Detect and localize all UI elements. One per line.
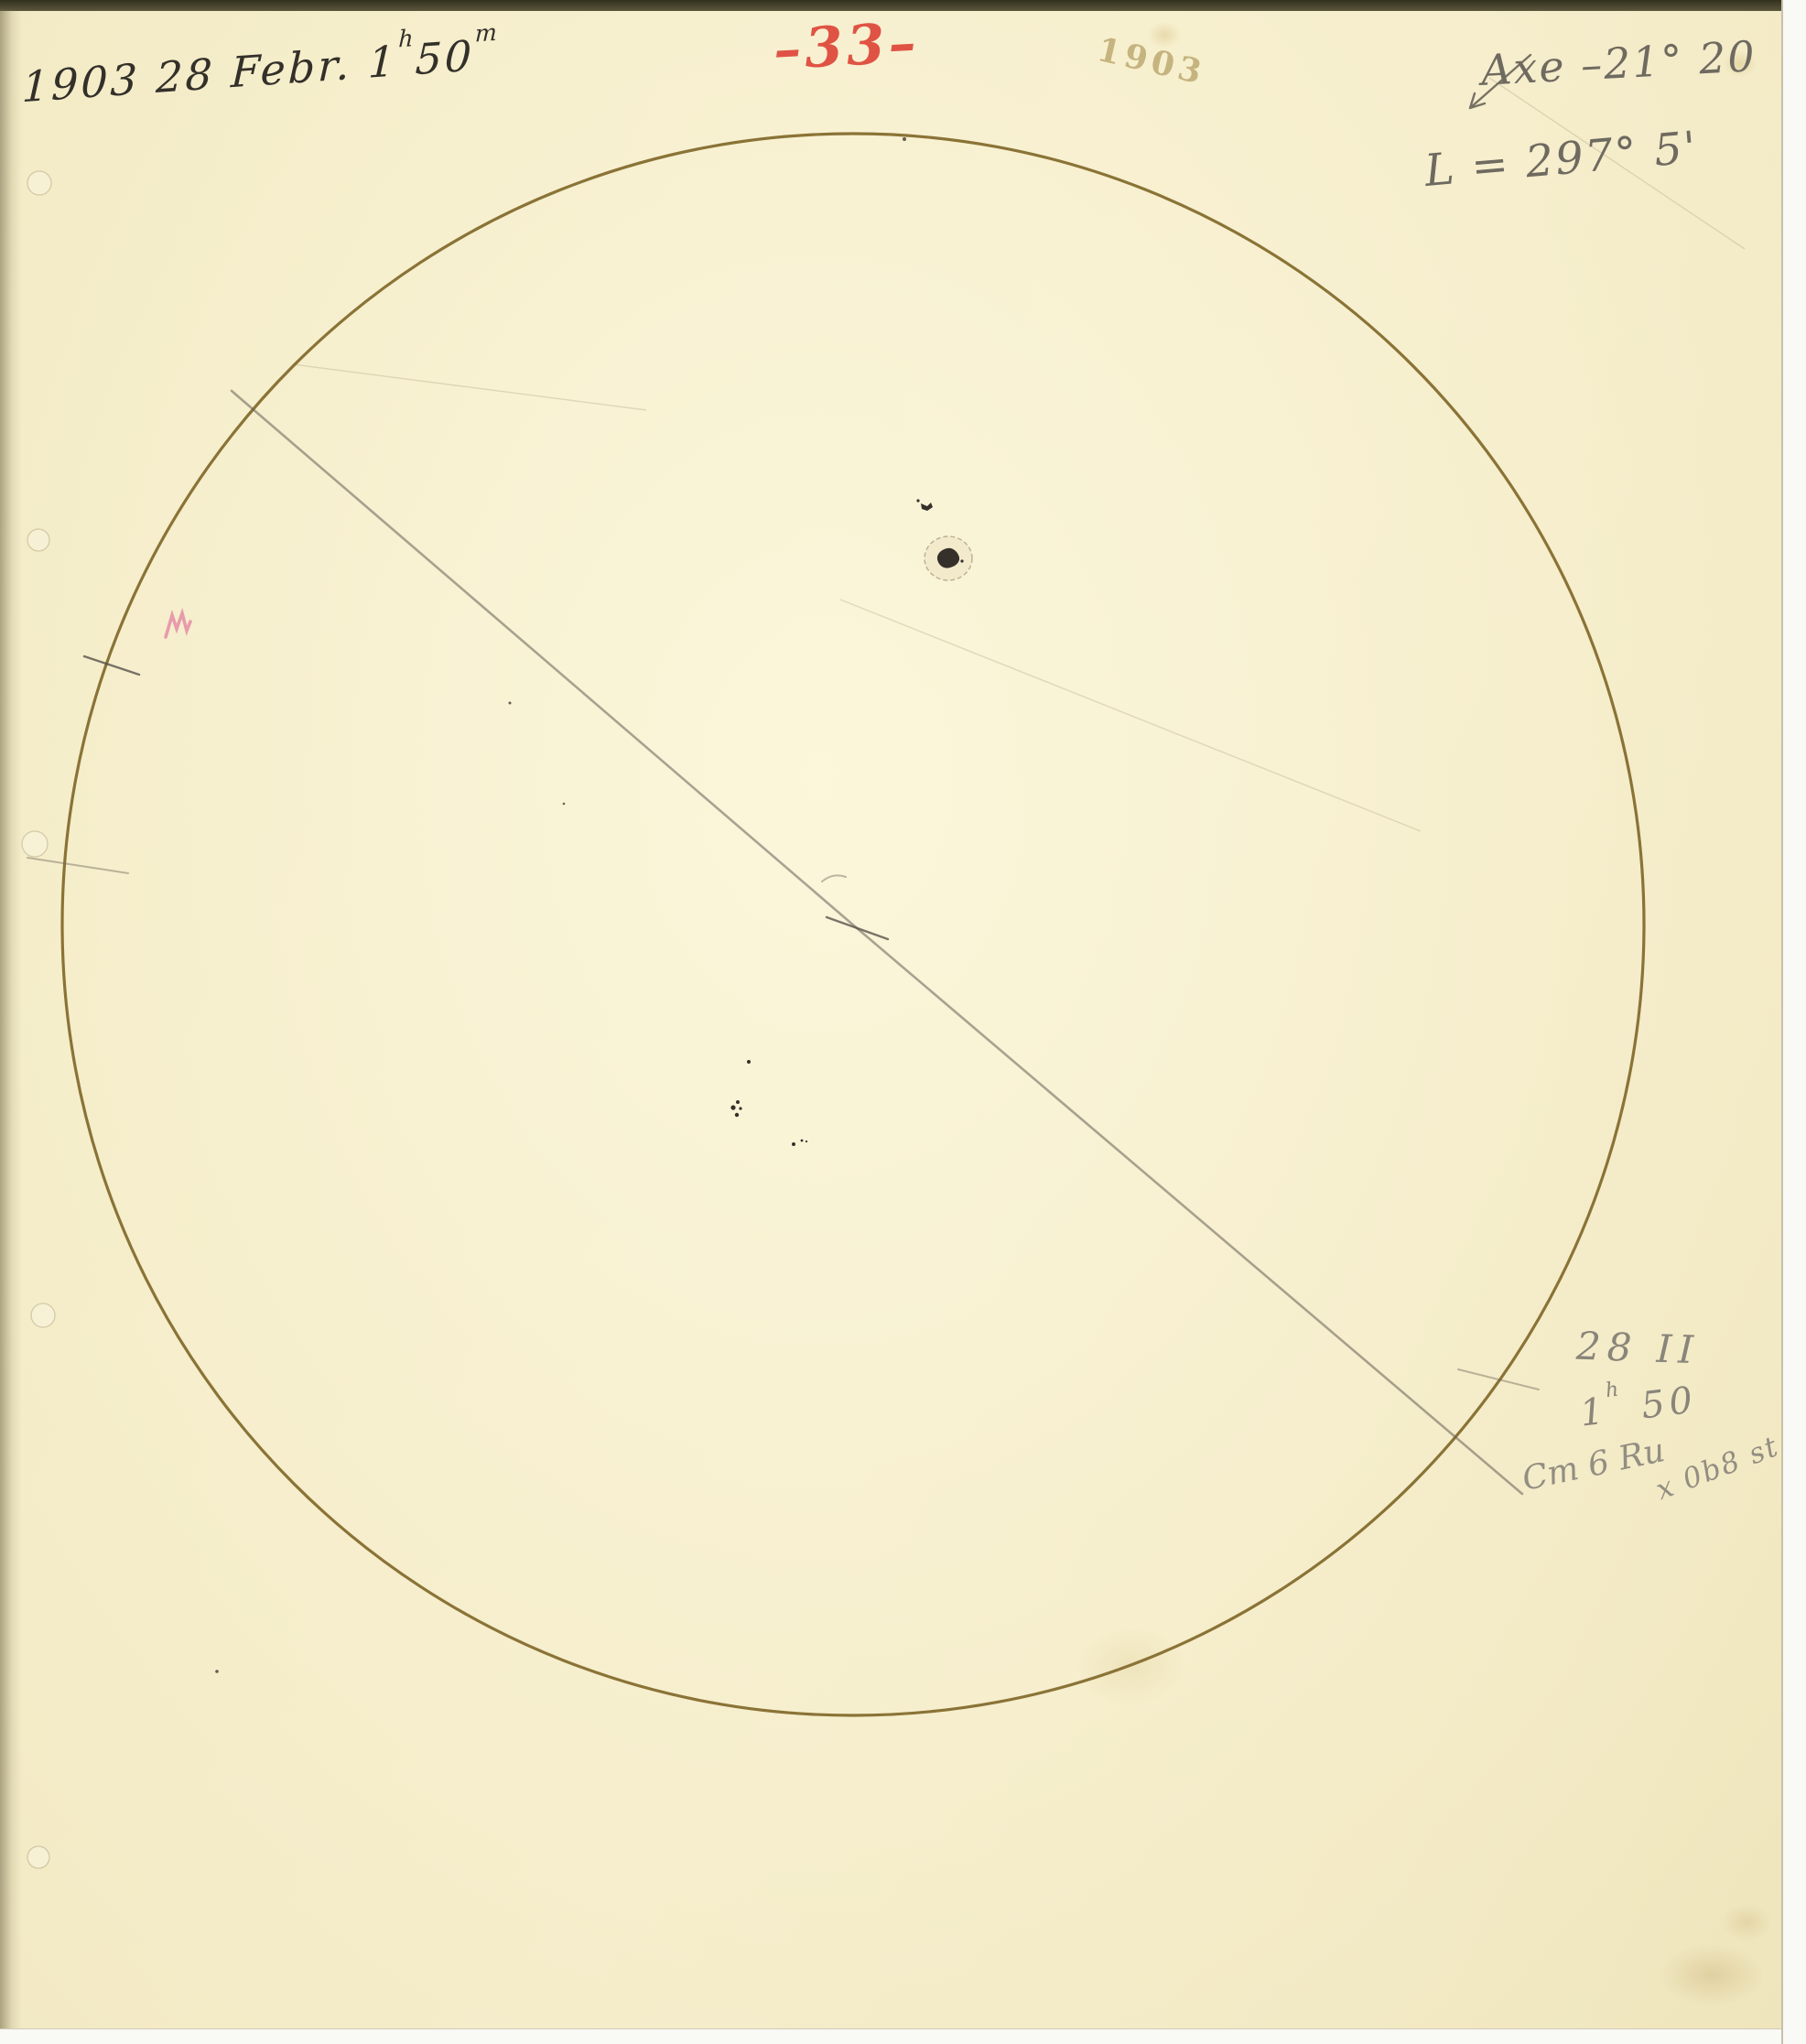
drawing-layer: [0, 0, 1806, 2044]
sunspot-cluster: [730, 1100, 741, 1117]
sunspot-tiny: [747, 1060, 751, 1064]
sunspot-pair: [792, 1140, 807, 1146]
punch-hole-emboss: [27, 171, 51, 195]
scanned-sheet: { "annotations": { "date_line": { "main"…: [0, 0, 1806, 2044]
paper-crease: [1489, 78, 1745, 249]
punch-hole-emboss: [27, 1846, 49, 1868]
paper-crease: [293, 364, 646, 410]
paper-speck: [903, 137, 906, 141]
punch-hole-emboss: [22, 831, 48, 857]
punch-hole-emboss: [27, 529, 49, 551]
limb-tick-left-upper: [84, 656, 139, 675]
punch-hole-emboss: [31, 1303, 55, 1327]
limb-tick-right: [1458, 1369, 1539, 1390]
small-curve-mark: [822, 875, 846, 881]
limb-tick-left-lower: [27, 858, 128, 873]
paper-crease: [840, 600, 1421, 831]
center-tick: [827, 917, 888, 939]
sunspot-group-small-upper: [916, 499, 933, 511]
paper-speck: [215, 1670, 219, 1673]
pink-crayon-mark: [166, 613, 190, 637]
sunspot-main-with-penumbra: [925, 536, 972, 580]
axis-pencil-line: [232, 391, 1522, 1494]
paper-speck: [563, 803, 566, 806]
paper-speck: [509, 702, 512, 705]
